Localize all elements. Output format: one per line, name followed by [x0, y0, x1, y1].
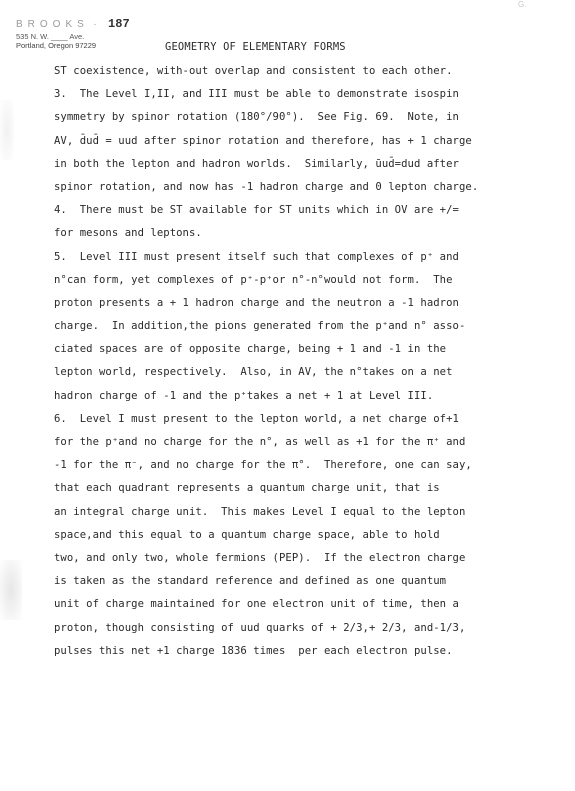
text-line: symmetry by spinor rotation (180°/90°). …: [54, 106, 564, 129]
text-line: n°can form, yet complexes of p⁺-p⁺or n°-…: [54, 269, 564, 292]
text-line: hadron charge of -1 and the p⁺takes a ne…: [54, 385, 564, 408]
text-line: space,and this equal to a quantum charge…: [54, 524, 564, 547]
text-line: proton, though consisting of uud quarks …: [54, 617, 564, 640]
text-line: pulses this net +1 charge 1836 times per…: [54, 640, 564, 663]
address-stamp: BROOKS · 187 535 N. W. ____ Ave. Portlan…: [16, 14, 130, 50]
page-corner-mark: G.: [518, 0, 526, 9]
text-line: ST coexistence, with-out overlap and con…: [54, 60, 564, 83]
text-line: 5. Level III must present itself such th…: [54, 246, 564, 269]
body-text: ST coexistence, with-out overlap and con…: [54, 60, 564, 663]
page-number: 187: [108, 17, 130, 31]
text-line: spinor rotation, and now has -1 hadron c…: [54, 176, 564, 199]
text-line: for mesons and leptons.: [54, 222, 564, 245]
text-line: unit of charge maintained for one electr…: [54, 593, 564, 616]
text-line: ciated spaces are of opposite charge, be…: [54, 338, 564, 361]
stamp-city: Portland, Oregon 97229: [16, 41, 130, 50]
scan-smudge: [0, 100, 14, 160]
text-line: 3. The Level I,II, and III must be able …: [54, 83, 564, 106]
text-line: proton presents a + 1 hadron charge and …: [54, 292, 564, 315]
scan-smudge: [0, 560, 22, 620]
stamp-address: 535 N. W. ____ Ave.: [16, 32, 130, 41]
text-line: is taken as the standard reference and d…: [54, 570, 564, 593]
stamp-dot: ·: [93, 19, 101, 30]
text-line: 6. Level I must present to the lepton wo…: [54, 408, 564, 431]
text-line: in both the lepton and hadron worlds. Si…: [54, 153, 564, 176]
text-line: charge. In addition,the pions generated …: [54, 315, 564, 338]
text-line: 4. There must be ST available for ST uni…: [54, 199, 564, 222]
text-line: AV, d̄ud̄ = uud after spinor rotation an…: [54, 130, 564, 153]
text-line: an integral charge unit. This makes Leve…: [54, 501, 564, 524]
text-line: that each quadrant represents a quantum …: [54, 477, 564, 500]
stamp-name: BROOKS: [16, 19, 89, 30]
page-title: GEOMETRY OF ELEMENTARY FORMS: [165, 41, 346, 53]
text-line: two, and only two, whole fermions (PEP).…: [54, 547, 564, 570]
text-line: lepton world, respectively. Also, in AV,…: [54, 361, 564, 384]
text-line: -1 for the π⁻, and no charge for the π°.…: [54, 454, 564, 477]
text-line: for the p⁺and no charge for the n°, as w…: [54, 431, 564, 454]
